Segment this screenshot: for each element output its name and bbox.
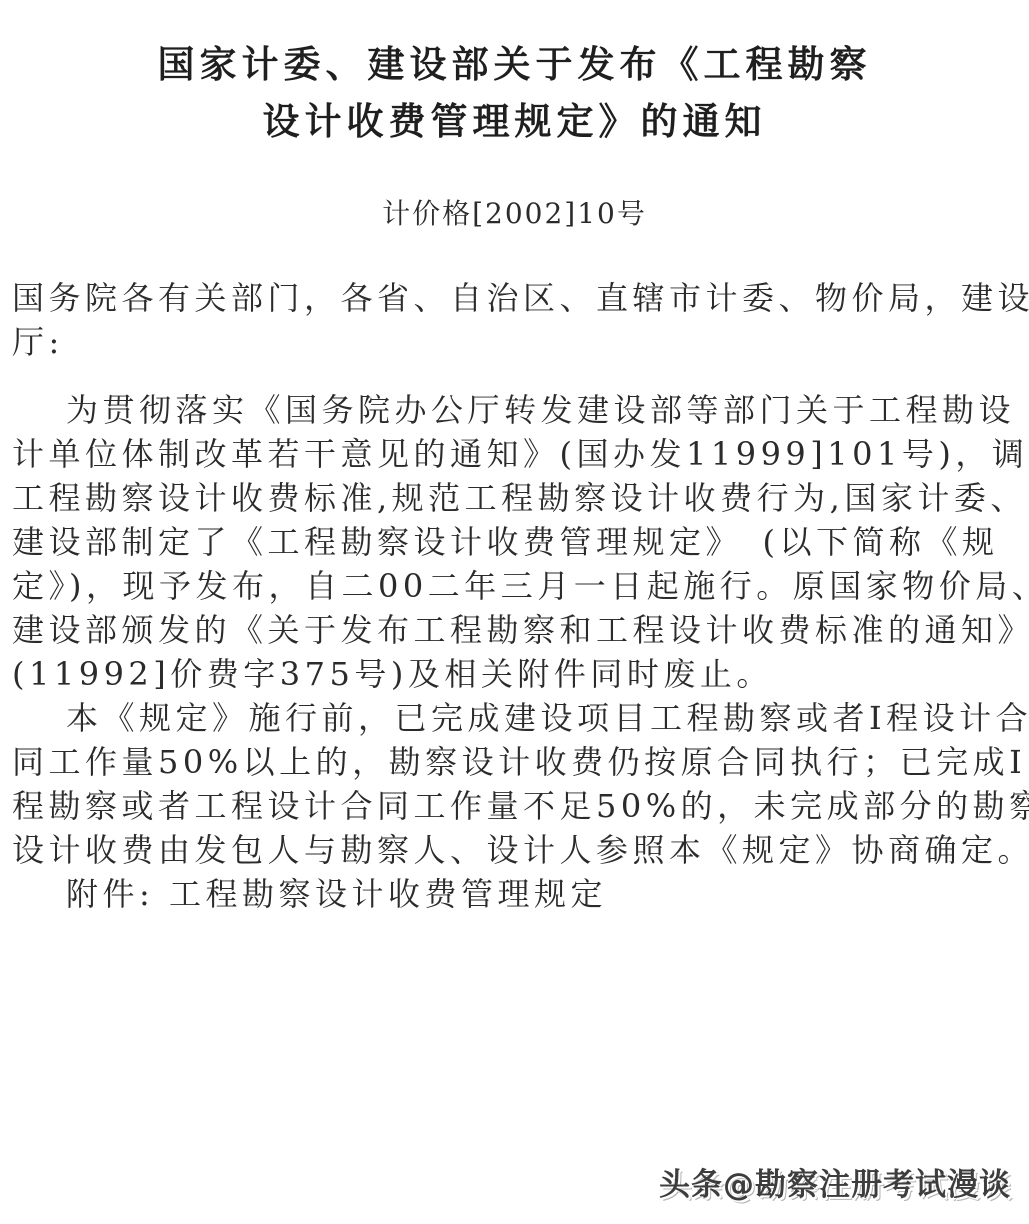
document-body: 国务院各有关部门，各省、自治区、直辖市计委、物价局，建设 厅: 为贯彻落实《国务…: [0, 276, 1029, 916]
body-line: 程勘察或者工程设计合同工作量不足50%的，未完成部分的勘察: [12, 784, 1029, 828]
document-title-line2: 设计收费管理规定》的通知: [0, 93, 1029, 150]
body-line: (11992]价费字375号)及相关附件同时废止。: [12, 652, 1029, 696]
attachment-line: 附件: 工程勘察设计收费管理规定: [12, 872, 1029, 916]
body-line: 工程勘察设计收费标准,规范工程勘察设计收费行为,国家计委、: [12, 476, 1029, 520]
document-title-line1: 国家计委、建设部关于发布《工程勘察: [0, 36, 1029, 93]
document-title: 国家计委、建设部关于发布《工程勘察 设计收费管理规定》的通知: [0, 36, 1029, 150]
body-line: 本《规定》施行前，已完成建设项目工程勘察或者I程设计合: [12, 696, 1029, 740]
watermark: 头条@勘察注册考试漫谈: [659, 1159, 1011, 1204]
body-line: 建设部颁发的《关于发布工程勘察和工程设计收费标准的通知》: [12, 608, 1029, 652]
body-line: 定》)，现予发布，自二00二年三月一日起施行。原国家物价局、: [12, 564, 1029, 608]
body-line: 设计收费由发包人与勘察人、设计人参照本《规定》协商确定。: [12, 828, 1029, 872]
body-line: 国务院各有关部门，各省、自治区、直辖市计委、物价局，建设: [12, 276, 1029, 320]
document-page: 国家计委、建设部关于发布《工程勘察 设计收费管理规定》的通知 计价格[2002]…: [0, 0, 1029, 1224]
body-line: 厅:: [12, 320, 1029, 364]
body-line: 建设部制定了《工程勘察设计收费管理规定》 (以下简称《规: [12, 520, 1029, 564]
body-line: 为贯彻落实《国务院办公厅转发建设部等部门关于工程勘设: [12, 388, 1029, 432]
body-line: 计单位体制改革若干意见的通知》(国办发11999]101号)，调整: [12, 432, 1029, 476]
document-number: 计价格[2002]10号: [0, 194, 1029, 234]
body-line: 同工作量50%以上的，勘察设计收费仍按原合同执行；已完成I: [12, 740, 1029, 784]
